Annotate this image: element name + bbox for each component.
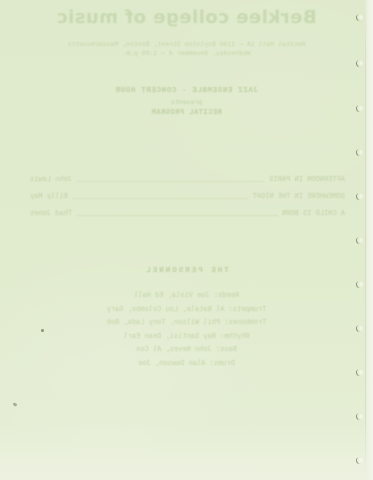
concert-title-line-2: presents [0, 99, 373, 106]
address-line-2: Wednesday, December 4 — 1:00 p.m. [0, 49, 373, 58]
dotted-leader [77, 180, 264, 182]
program-row: SOMEWHERE IN THE NIGHT Billy May [30, 193, 345, 201]
bleed-through-layer: Berklee college of music Recital Hall 1A… [0, 0, 373, 480]
program-list: AFTERNOON IN PARIS John Lewis SOMEWHERE … [30, 176, 345, 227]
personnel-line: Trumpets: Al Natale, Lou Colombo, Gary [0, 304, 373, 318]
piece-title: AFTERNOON IN PARIS [269, 176, 345, 184]
concert-title-line-1: JAZZ ENSEMBLE - CONCERT HOUR [0, 87, 373, 95]
scanned-page: Berklee college of music Recital Hall 1A… [0, 0, 373, 480]
personnel-heading: THE PERSONNEL [0, 267, 373, 275]
personnel-line: Drums: Alan Dawson, Joe [0, 358, 373, 372]
program-row: A CHILD IS BORN Thad Jones [30, 210, 345, 218]
personnel-line: Trombones: Phil Wilson, Tony Lada, Bob [0, 317, 373, 331]
personnel-line: Bass: John Neves, Al Cox [0, 344, 373, 358]
concert-title-line-3: RECITAL PROGRAM [0, 109, 373, 117]
composer-name: John Lewis [30, 176, 72, 184]
personnel-line: Rhythm: Ray Santisi, Dean Earl [0, 331, 373, 345]
page-edge-shadow [365, 0, 366, 480]
paper-speck [41, 329, 44, 332]
masthead-logo-text: Berklee college of music [0, 7, 373, 28]
address-line-1: Recital Hall 1A — 1140 Boylston Street, … [0, 40, 373, 49]
composer-name: Thad Jones [30, 210, 72, 218]
personnel-list: Reeds: Joe Viola, Ed Hall Trumpets: Al N… [0, 290, 373, 371]
dotted-leader [77, 214, 277, 216]
concert-title-block: JAZZ ENSEMBLE - CONCERT HOUR presents RE… [0, 87, 373, 117]
dotted-leader [73, 197, 248, 199]
address-block: Recital Hall 1A — 1140 Boylston Street, … [0, 40, 373, 58]
composer-name: Billy May [30, 193, 68, 201]
piece-title: SOMEWHERE IN THE NIGHT [253, 193, 345, 201]
piece-title: A CHILD IS BORN [282, 210, 345, 218]
program-row: AFTERNOON IN PARIS John Lewis [30, 176, 345, 184]
personnel-line: Reeds: Joe Viola, Ed Hall [0, 290, 373, 304]
